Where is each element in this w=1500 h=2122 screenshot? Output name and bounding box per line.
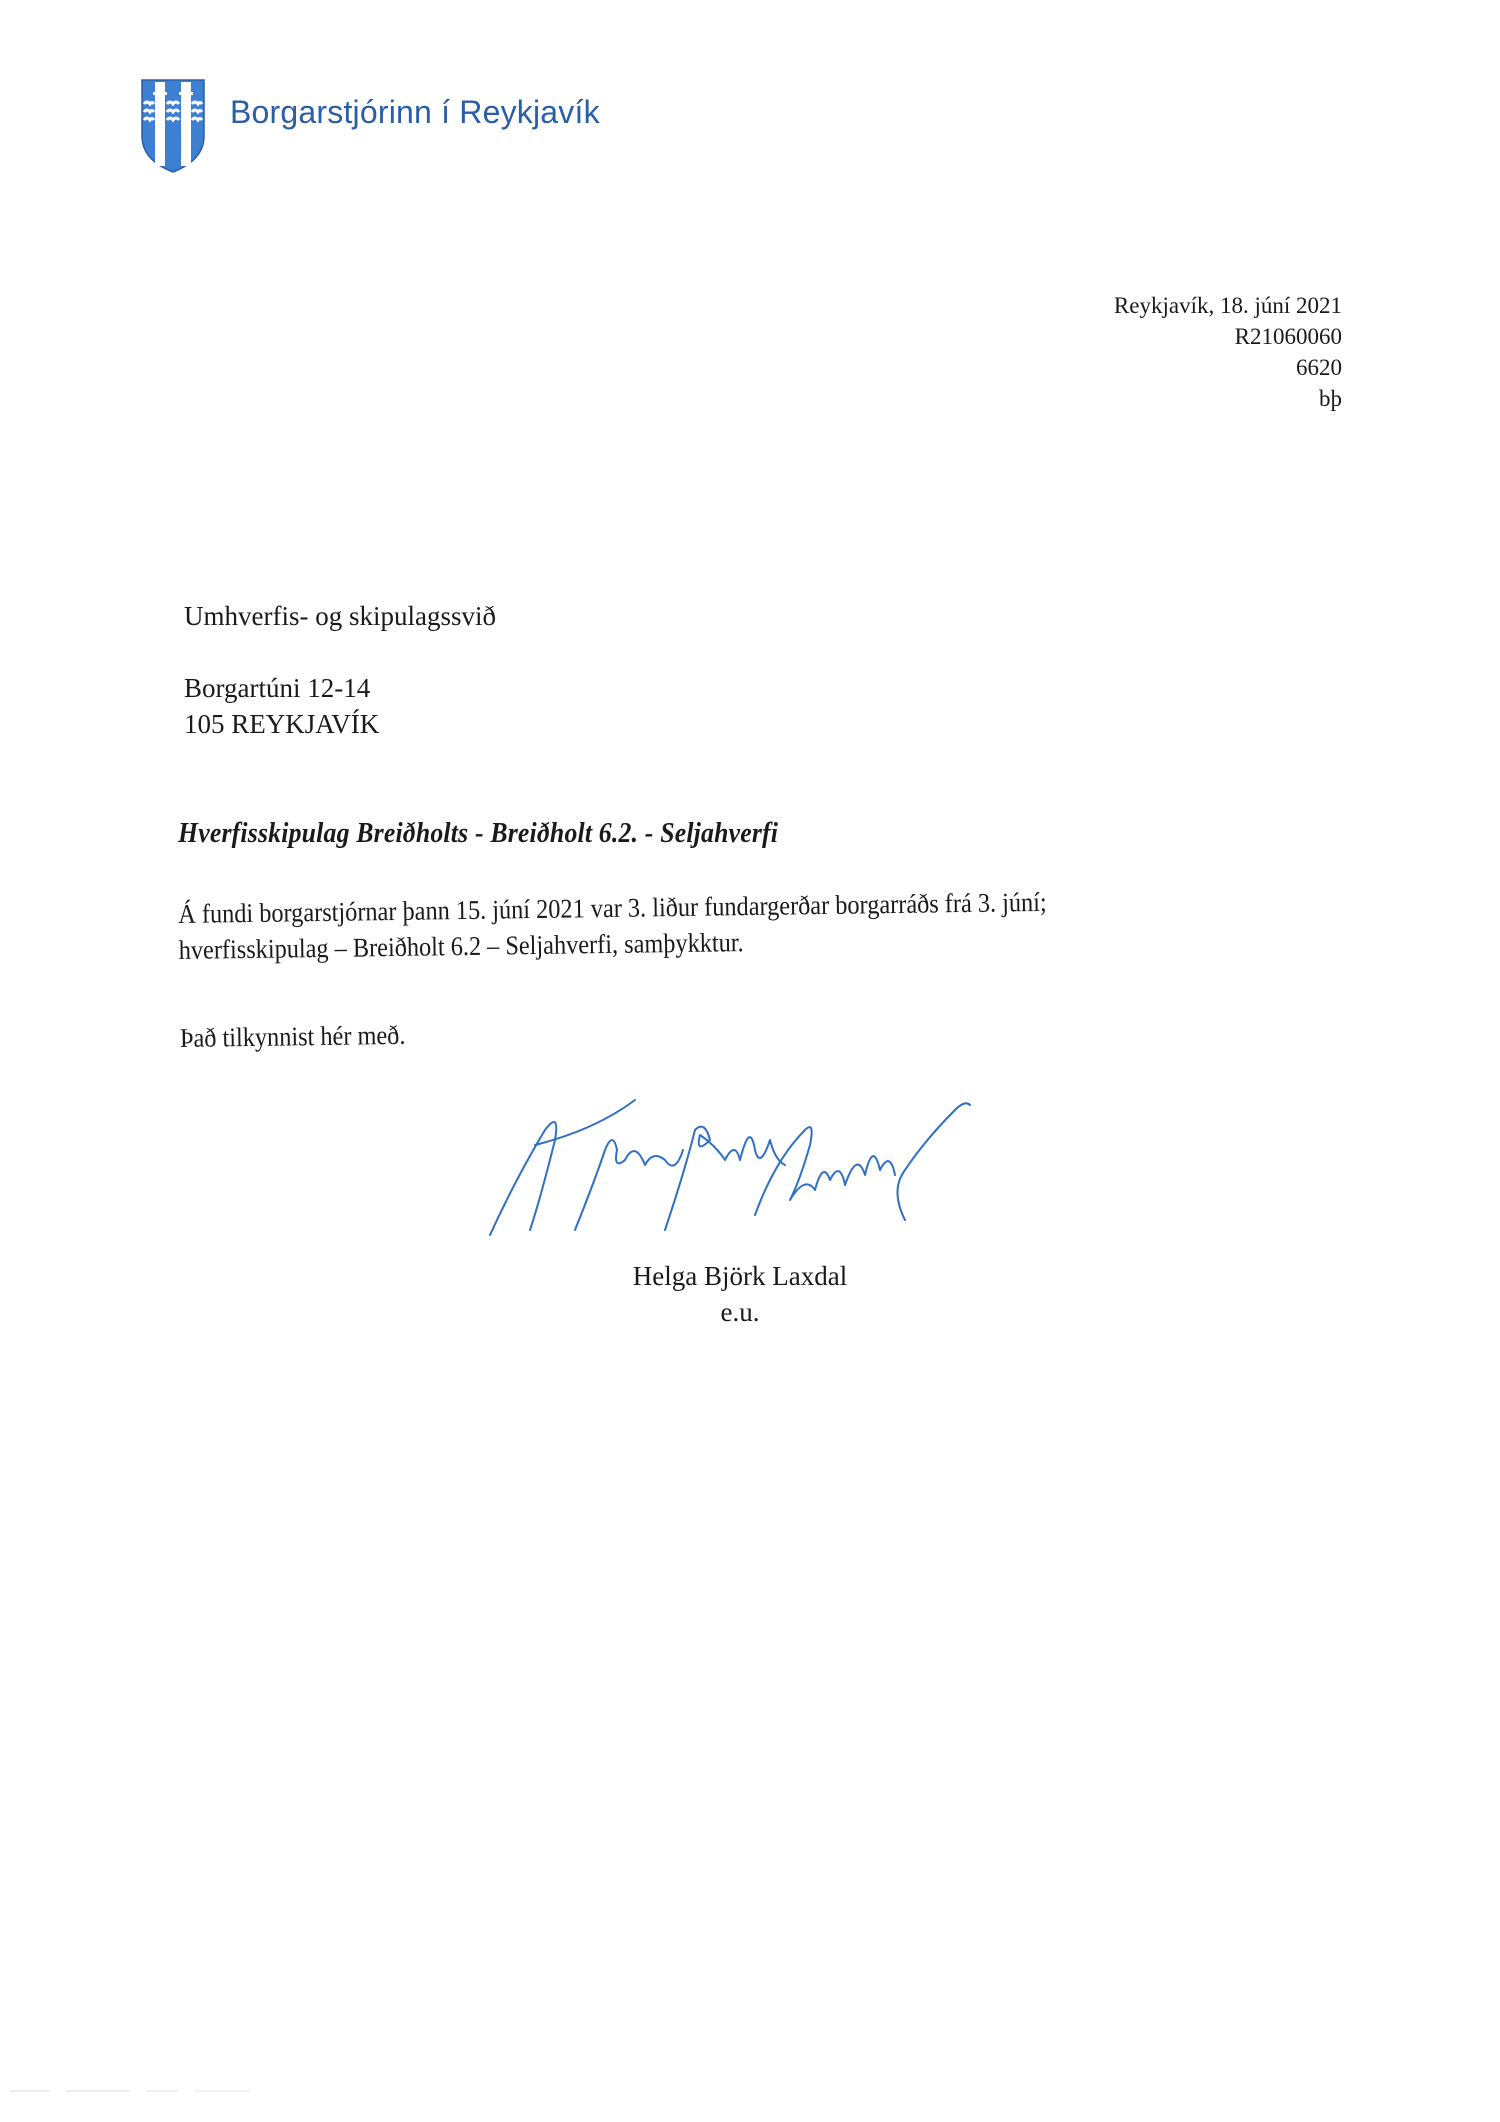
recipient-department: Umhverfis- og skipulagssvið <box>184 598 496 634</box>
reykjavik-coat-of-arms-icon <box>140 78 206 174</box>
author-initials: bþ <box>1114 383 1342 414</box>
letter-subject: Hverfisskipulag Breiðholts - Breiðholt 6… <box>178 818 778 850</box>
recipient-address: Umhverfis- og skipulagssvið Borgartúni 1… <box>184 598 496 742</box>
closing-line: Það tilkynnist hér með. <box>180 1005 1260 1056</box>
letter-meta: Reykjavík, 18. júní 2021 R21060060 6620 … <box>1114 290 1342 414</box>
scan-artifact <box>10 2090 410 2092</box>
signer-block: Helga Björk Laxdal e.u. <box>620 1258 860 1330</box>
recipient-street: Borgartúni 12-14 <box>184 670 496 706</box>
reference-number: R21060060 <box>1114 321 1342 352</box>
place-date: Reykjavík, 18. júní 2021 <box>1114 290 1342 321</box>
signer-title: e.u. <box>620 1294 860 1330</box>
handwritten-signature-icon <box>485 1090 995 1245</box>
recipient-city: 105 REYKJAVÍK <box>184 706 496 742</box>
signer-name: Helga Björk Laxdal <box>620 1258 860 1294</box>
case-number: 6620 <box>1114 352 1342 383</box>
organization-name: Borgarstjórinn í Reykjavík <box>230 94 600 131</box>
letter-body: Á fundi borgarstjórnar þann 15. júní 202… <box>178 879 1380 1056</box>
